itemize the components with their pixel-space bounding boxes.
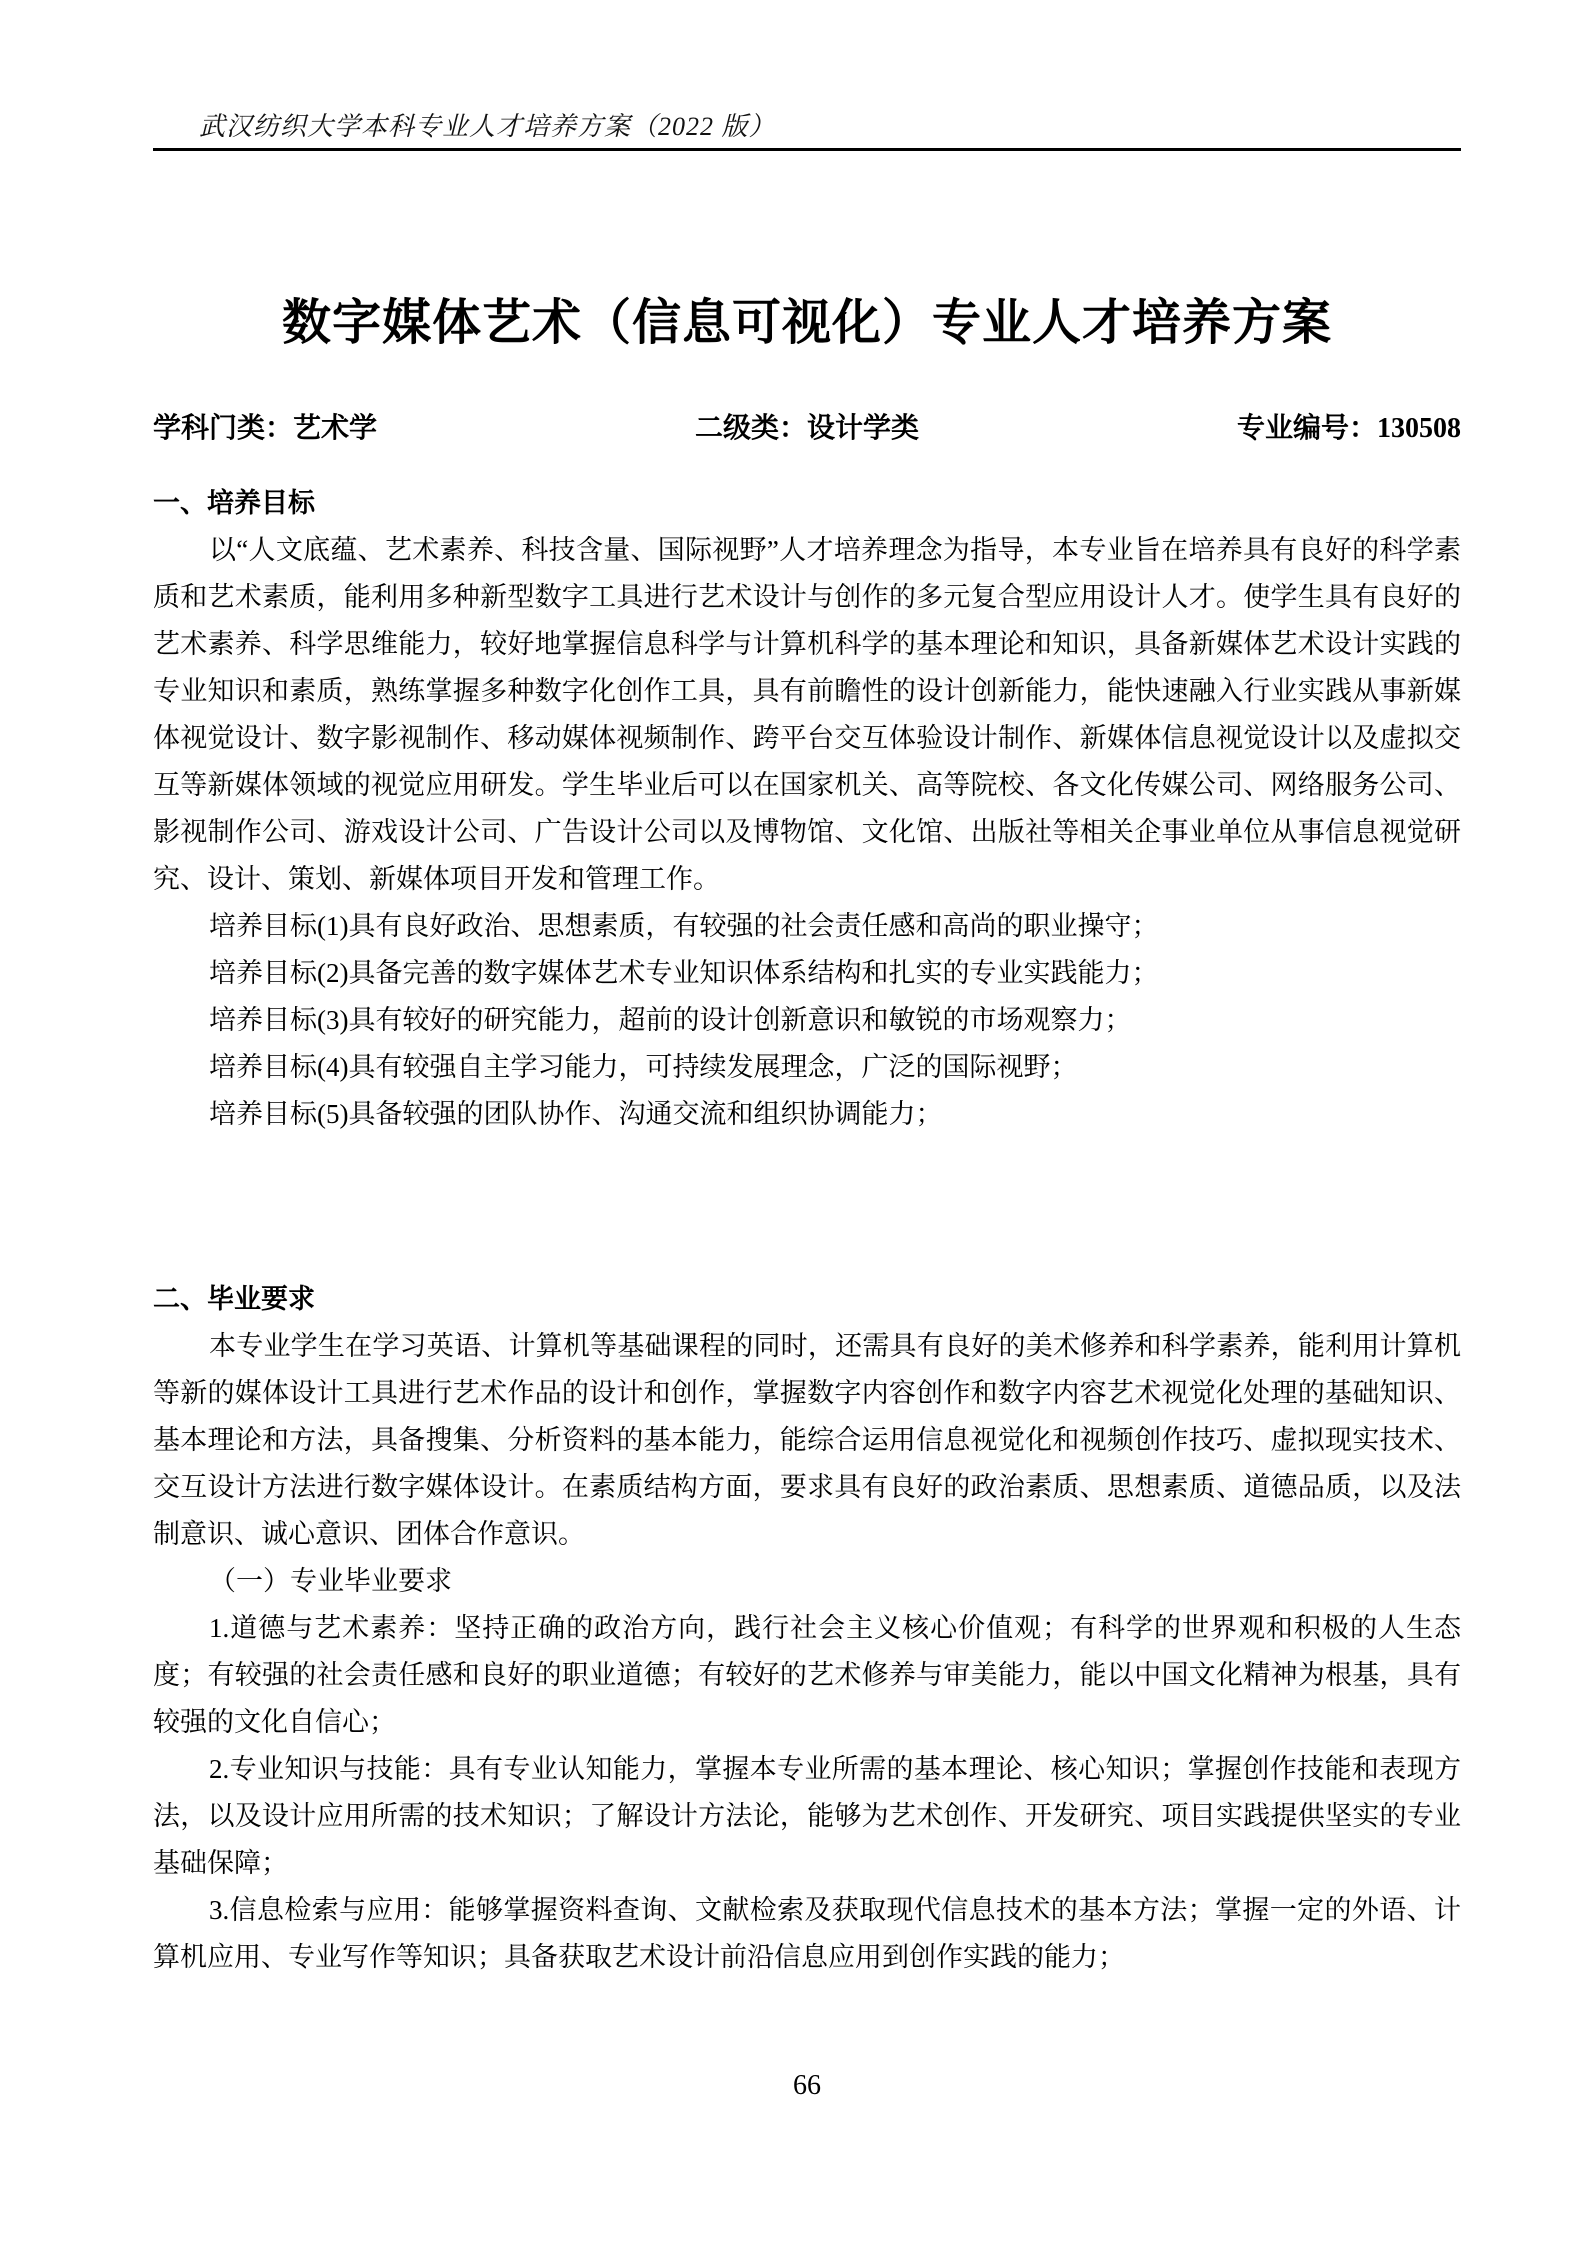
meta-discipline-value: 艺术学 bbox=[293, 412, 377, 443]
training-goal-item-3: 培养目标(3)具有较好的研究能力，超前的设计创新意识和敏锐的市场观察力； bbox=[153, 997, 1461, 1044]
training-goal-item-4: 培养目标(4)具有较强自主学习能力，可持续发展理念，广泛的国际视野； bbox=[153, 1044, 1461, 1091]
training-objectives-intro-paragraph: 以“人文底蕴、艺术素养、科技含量、国际视野”人才培养理念为指导，本专业旨在培养具… bbox=[153, 527, 1461, 903]
page-number: 66 bbox=[153, 2070, 1461, 2102]
professional-requirements-subheading: （一）专业毕业要求 bbox=[153, 1558, 1461, 1605]
section-heading-graduation-requirements: 二、毕业要求 bbox=[153, 1276, 1461, 1323]
meta-major-code-label: 专业编号： bbox=[1237, 412, 1377, 443]
meta-subclass-label: 二级类： bbox=[695, 412, 807, 443]
running-header: 武汉纺织大学本科专业人才培养方案（2022 版） bbox=[199, 112, 1461, 142]
requirement-item-3: 3.信息检索与应用：能够掌握资料查询、文献检索及获取现代信息技术的基本方法；掌握… bbox=[153, 1887, 1461, 1981]
header-rule bbox=[153, 148, 1461, 151]
section-heading-training-objectives: 一、培养目标 bbox=[153, 480, 1461, 527]
training-goal-item-1: 培养目标(1)具有良好政治、思想素质，有较强的社会责任感和高尚的职业操守； bbox=[153, 903, 1461, 950]
requirement-item-2: 2.专业知识与技能：具有专业认知能力，掌握本专业所需的基本理论、核心知识；掌握创… bbox=[153, 1746, 1461, 1887]
meta-subclass-value: 设计学类 bbox=[807, 412, 919, 443]
meta-major-code: 专业编号：130508 bbox=[1237, 411, 1461, 446]
document-page: 武汉纺织大学本科专业人才培养方案（2022 版） 数字媒体艺术（信息可视化）专业… bbox=[0, 0, 1587, 2245]
meta-major-code-value: 130508 bbox=[1377, 413, 1461, 444]
training-goal-item-2: 培养目标(2)具备完善的数字媒体艺术专业知识体系结构和扎实的专业实践能力； bbox=[153, 950, 1461, 997]
document-title: 数字媒体艺术（信息可视化）专业人才培养方案 bbox=[153, 295, 1461, 351]
graduation-requirements-intro-paragraph: 本专业学生在学习英语、计算机等基础课程的同时，还需具有良好的美术修养和科学素养，… bbox=[153, 1323, 1461, 1558]
meta-subclass: 二级类：设计学类 bbox=[695, 411, 919, 445]
meta-discipline: 学科门类：艺术学 bbox=[153, 411, 377, 445]
training-goal-item-5: 培养目标(5)具备较强的团队协作、沟通交流和组织协调能力； bbox=[153, 1091, 1461, 1138]
requirement-item-1: 1.道德与艺术素养：坚持正确的政治方向，践行社会主义核心价值观；有科学的世界观和… bbox=[153, 1605, 1461, 1746]
meta-row: 学科门类：艺术学 二级类：设计学类 专业编号：130508 bbox=[153, 411, 1461, 446]
meta-discipline-label: 学科门类： bbox=[153, 412, 293, 443]
